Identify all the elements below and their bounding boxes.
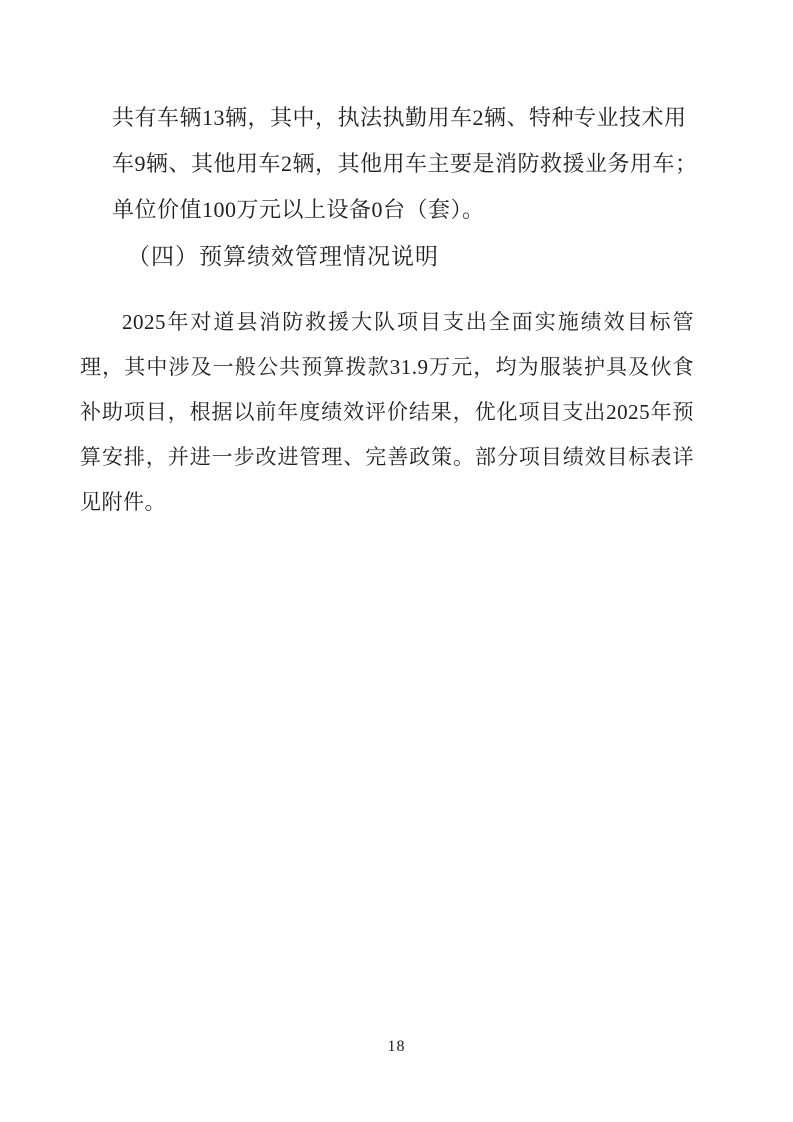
paragraph-performance: 2025年对道县消防救援大队项目支出全面实施绩效目标管 理，其中涉及一般公共预算… xyxy=(80,300,694,525)
document-page: 共有车辆13辆，其中，执法执勤用车2辆、特种专业技术用 车9辆、其他用车2辆，其… xyxy=(0,0,793,1122)
text-line: 车9辆、其他用车2辆，其他用车主要是消防救援业务用车； xyxy=(112,141,674,187)
text-line: 见附件。 xyxy=(80,480,694,525)
page-number: 18 xyxy=(0,1038,793,1056)
text-line: 单位价值100万元以上设备0台（套）。 xyxy=(112,187,674,233)
text-line: 2025年对道县消防救援大队项目支出全面实施绩效目标管 xyxy=(80,300,694,345)
text-line: 共有车辆13辆，其中，执法执勤用车2辆、特种专业技术用 xyxy=(112,95,674,141)
text-line: 理，其中涉及一般公共预算拨款31.9万元，均为服装护具及伙食 xyxy=(80,345,694,390)
section-heading: （四）预算绩效管理情况说明 xyxy=(127,240,439,274)
text-line: 补助项目，根据以前年度绩效评价结果，优化项目支出2025年预 xyxy=(80,390,694,435)
paragraph-vehicles: 共有车辆13辆，其中，执法执勤用车2辆、特种专业技术用 车9辆、其他用车2辆，其… xyxy=(112,95,674,233)
text-line: 算安排，并进一步改进管理、完善政策。部分项目绩效目标表详 xyxy=(80,435,694,480)
